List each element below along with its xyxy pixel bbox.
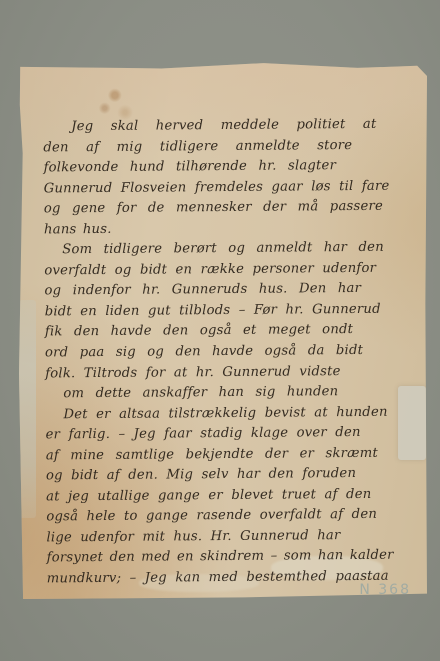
handwriting-line: Som tidligere berørt og anmeldt har den — [32, 238, 420, 262]
handwriting-block: Jeg skal herved meddele politiet at den … — [31, 114, 423, 590]
handwriting-line: overfaldt og bidt en række personer uden… — [32, 258, 420, 282]
handwriting-line: og gene for de mennesker der må passere — [32, 197, 420, 221]
handwriting-line: af mine samtlige bekjendte der er skræmt — [34, 443, 422, 467]
handwriting-line: Jeg skal herved meddele politiet at — [31, 114, 419, 138]
handwriting-line: bidt en liden gut tilblods – Før hr. Gun… — [33, 299, 421, 323]
letter-paper: Jeg skal herved meddele politiet at den … — [19, 62, 427, 599]
handwriting-line: Det er altsaa tilstrækkelig bevist at hu… — [33, 402, 421, 426]
handwriting-line: ord paa sig og den havde også da bidt — [33, 340, 421, 364]
handwriting-line: også hele to gange rasende overfaldt af … — [34, 505, 422, 529]
